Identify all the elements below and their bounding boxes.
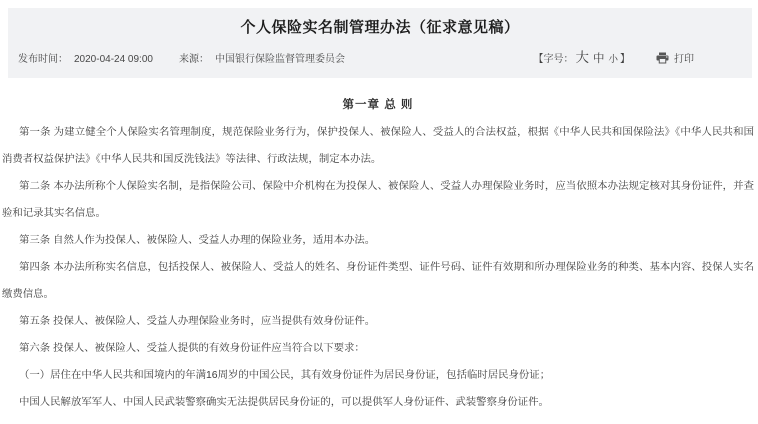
- publish-time: 发布时间：2020-04-24 09:00: [18, 50, 153, 65]
- font-size-open-label: 【字号：: [533, 50, 573, 65]
- article-meta-row: 发布时间：2020-04-24 09:00 来源：中国银行保险监督管理委员会 【…: [8, 50, 752, 66]
- font-size-control: 【字号： 大 中 小 】: [533, 50, 630, 66]
- font-size-close-label: 】: [620, 50, 630, 65]
- article-paragraph: 第六条 投保人、被保险人、受益人提供的有效身份证件应当符合以下要求：: [2, 335, 754, 362]
- source: 来源：中国银行保险监督管理委员会: [179, 50, 345, 65]
- article-header: 个人保险实名制管理办法（征求意见稿） 发布时间：2020-04-24 09:00…: [8, 8, 752, 78]
- article-paragraph: （一）居住在中华人民共和国境内的年满16周岁的中国公民，其有效身份证件为居民身份…: [2, 362, 754, 389]
- article-paragraph: 第一条 为建立健全个人保险实名管理制度，规范保险业务行为，保护投保人、被保险人、…: [2, 119, 754, 173]
- font-size-medium-button[interactable]: 中: [593, 54, 605, 66]
- article-paragraph: 第四条 本办法所称实名信息，包括投保人、被保险人、受益人的姓名、身份证件类型、证…: [2, 254, 754, 308]
- meta-right: 【字号： 大 中 小 】 打印: [533, 50, 694, 66]
- article-paragraph: 中国人民解放军军人、中国人民武装警察确实无法提供居民身份证的，可以提供军人身份证…: [2, 389, 754, 416]
- article-body: 第一章 总 则 第一条 为建立健全个人保险实名管理制度，规范保险业务行为，保护投…: [0, 78, 758, 416]
- article-paragraph: 第三条 自然人作为投保人、被保险人、受益人办理的保险业务，适用本办法。: [2, 227, 754, 254]
- font-size-small-button[interactable]: 小: [608, 55, 618, 65]
- source-value: 中国银行保险监督管理委员会: [215, 54, 345, 65]
- article-paragraph: 第二条 本办法所称个人保险实名制，是指保险公司、保险中介机构在为投保人、被保险人…: [2, 173, 754, 227]
- printer-icon: [656, 52, 669, 64]
- chapter-title: 第一章 总 则: [2, 92, 754, 119]
- page-title: 个人保险实名制管理办法（征求意见稿）: [8, 19, 752, 37]
- print-button[interactable]: 打印: [656, 50, 694, 65]
- publish-time-label: 发布时间：: [18, 54, 68, 65]
- font-size-large-button[interactable]: 大: [575, 51, 589, 65]
- publish-time-value: 2020-04-24 09:00: [74, 54, 153, 65]
- print-label: 打印: [674, 50, 694, 65]
- article-page: 个人保险实名制管理办法（征求意见稿） 发布时间：2020-04-24 09:00…: [0, 8, 758, 424]
- source-label: 来源：: [179, 54, 209, 65]
- article-paragraph: 第五条 投保人、被保险人、受益人办理保险业务时，应当提供有效身份证件。: [2, 308, 754, 335]
- meta-left: 发布时间：2020-04-24 09:00 来源：中国银行保险监督管理委员会: [18, 50, 345, 65]
